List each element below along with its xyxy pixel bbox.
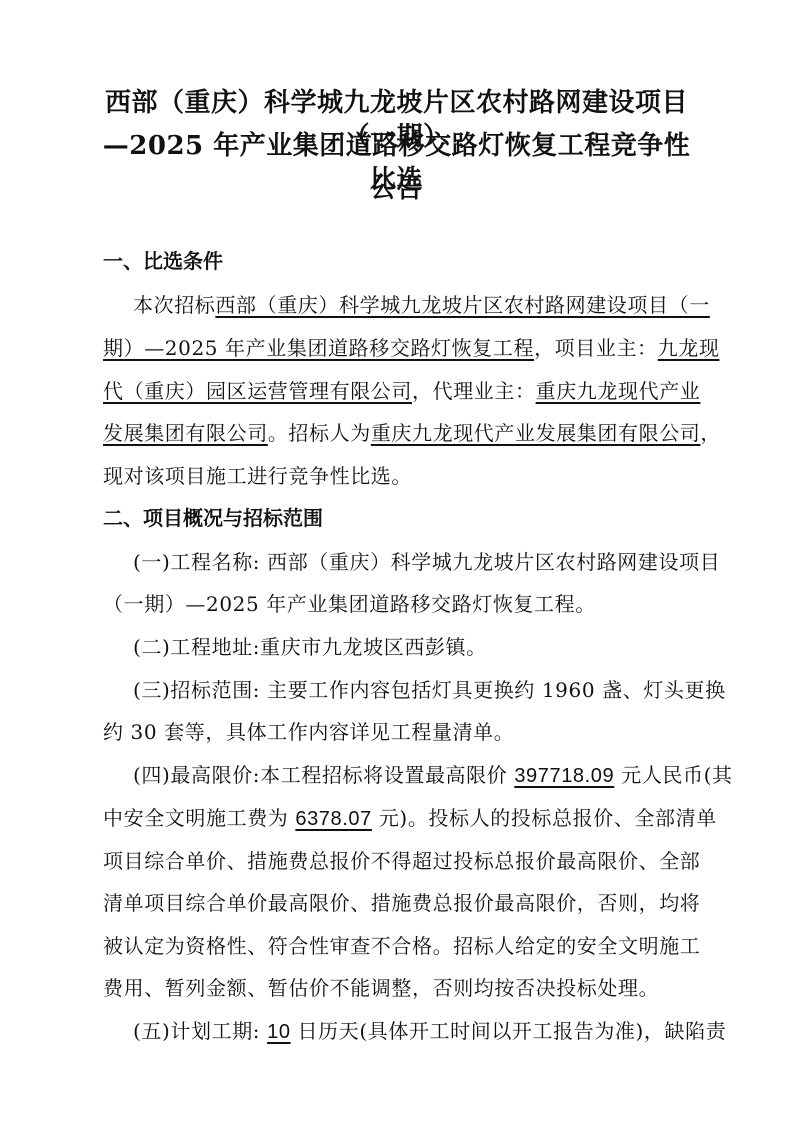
owner-underlined: 九龙现: [658, 336, 720, 360]
text: 中安全文明施工费为: [103, 806, 295, 830]
tenderer-underlined: 重庆九龙现代产业发展集团有限公司: [371, 421, 701, 445]
item-2-line-1: (二)工程地址:重庆市九龙坡区西彭镇。: [133, 634, 693, 660]
item-4-line-3: 项目综合单价、措施费总报价不得超过投标总报价最高限价、全部: [103, 848, 693, 874]
text: ，项目业主：: [534, 336, 658, 360]
section-1-heading: 一、比选条件: [103, 248, 223, 274]
owner-underlined: 代（重庆）园区运营管理有限公司: [103, 379, 412, 403]
document-title-line-3: 公告: [95, 172, 698, 206]
paragraph-line: 期）—2025 年产业集团道路移交路灯恢复工程，项目业主：九龙现: [103, 335, 693, 361]
document-page: 西部（重庆）科学城九龙坡片区农村路网建设项目（一期） —2025 年产业集团道路…: [0, 0, 793, 1122]
text: (四)最高限价:本工程招标将设置最高限价: [133, 763, 514, 787]
project-name-underlined: 期）—2025 年产业集团道路移交路灯恢复工程: [103, 336, 534, 360]
item-3-line-2: 约 30 套等，具体工作内容详见工程量清单。: [103, 719, 693, 745]
item-4-line-5: 被认定为资格性、符合性审查不合格。招标人给定的安全文明施工: [103, 933, 693, 959]
text: (五)计划工期:: [133, 1019, 267, 1043]
paragraph-line: 本次招标西部（重庆）科学城九龙坡片区农村路网建设项目（一: [133, 292, 693, 318]
item-3-line-1: (三)招标范围: 主要工作内容包括灯具更换约 1960 盏、灯头更换: [133, 677, 693, 703]
safety-fee-value: 6378.07: [295, 808, 372, 830]
item-4-line-6: 费用、暂列金额、暂估价不能调整，否则均按否决投标处理。: [103, 975, 693, 1001]
item-4-line-1: (四)最高限价:本工程招标将设置最高限价 397718.09 元人民币(其: [133, 762, 693, 789]
item-1-line-2: （一期）—2025 年产业集团道路移交路灯恢复工程。: [103, 591, 693, 617]
paragraph-line: 代（重庆）园区运营管理有限公司，代理业主：重庆九龙现代产业: [103, 378, 693, 404]
text: 。招标人为: [268, 421, 371, 445]
text: 日历天(具体开工时间以开工报告为准)，缺陷责: [291, 1019, 727, 1043]
paragraph-line: 现对该项目施工进行竞争性比选。: [103, 463, 693, 489]
item-1-line-1: (一)工程名称: 西部（重庆）科学城九龙坡片区农村路网建设项目: [133, 549, 693, 575]
paragraph-line: 发展集团有限公司。招标人为重庆九龙现代产业发展集团有限公司，: [103, 420, 693, 446]
duration-days-value: 10: [267, 1021, 290, 1043]
agent-underlined: 重庆九龙现代产业: [536, 379, 701, 403]
agent-underlined: 发展集团有限公司: [103, 421, 268, 445]
project-name-underlined: 西部（重庆）科学城九龙坡片区农村路网建设项目（一: [215, 293, 709, 317]
text: ，代理业主：: [412, 379, 536, 403]
item-4-line-4: 清单项目综合单价最高限价、措施费总报价最高限价，否则，均将: [103, 890, 693, 916]
item-5-line-1: (五)计划工期: 10 日历天(具体开工时间以开工报告为准)，缺陷责: [133, 1018, 693, 1045]
text: ，: [700, 421, 721, 445]
section-2-heading: 二、项目概况与招标范围: [103, 505, 323, 531]
max-price-value: 397718.09: [514, 765, 614, 787]
text: 本次招标: [133, 293, 215, 317]
text: 元人民币(其: [614, 763, 732, 787]
text: 元)。投标人的投标总报价、全部清单: [372, 806, 717, 830]
item-4-line-2: 中安全文明施工费为 6378.07 元)。投标人的投标总报价、全部清单: [103, 805, 693, 832]
